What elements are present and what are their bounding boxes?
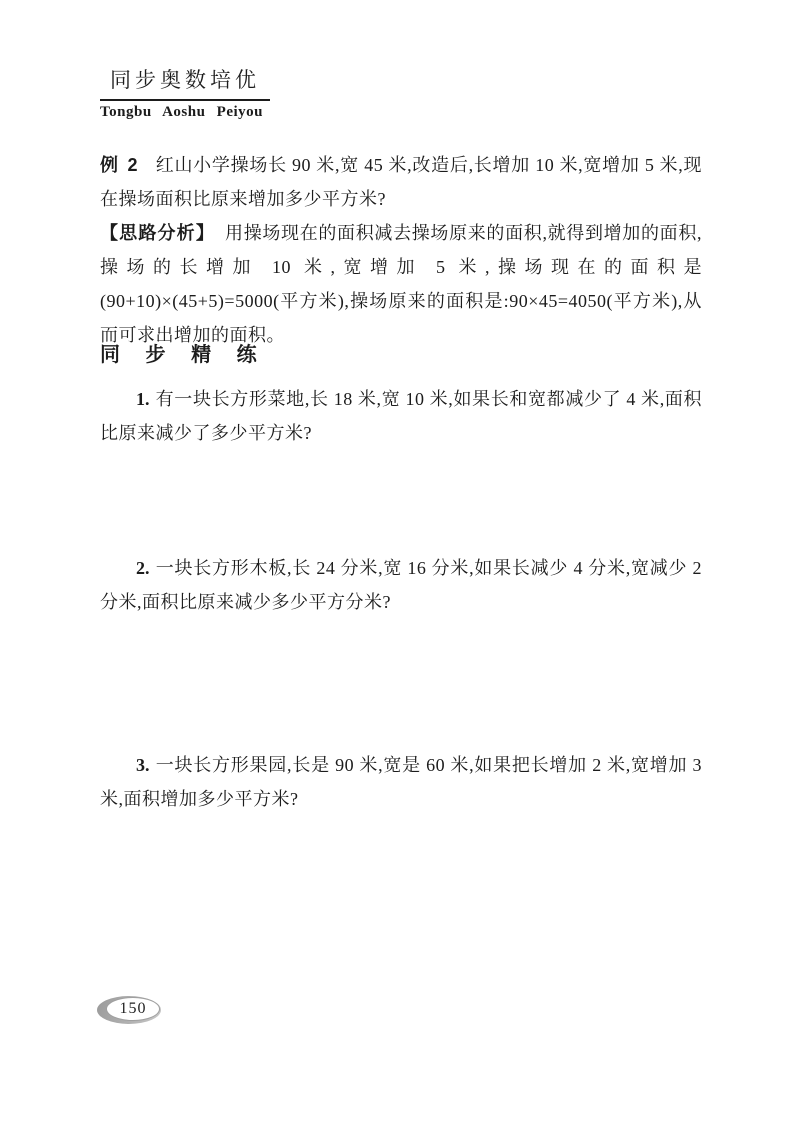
problem-number: 3. [136,755,150,775]
problem-item-3: 3.一块长方形果园,长是 90 米,宽是 60 米,如果把长增加 2 米,宽增加… [100,748,702,816]
problem-text: 有一块长方形菜地,长 18 米,宽 10 米,如果长和宽都减少了 4 米,面积比… [100,389,702,443]
problem-number: 1. [136,389,150,409]
example-paragraph: 例 2红山小学操场长 90 米,宽 45 米,改造后,长增加 10 米,宽增加 … [100,148,702,216]
problem-text: 一块长方形果园,长是 90 米,宽是 60 米,如果把长增加 2 米,宽增加 3… [100,755,702,809]
problem-number: 2. [136,558,150,578]
section-heading-tongbu-jinglian: 同 步 精 练 [100,338,267,367]
book-title: 同步奥数培优 [100,64,270,101]
example-label: 例 2 [100,155,139,175]
workbook-page: 同步奥数培优 Tongbu Aoshu Peiyou 例 2红山小学操场长 90… [0,0,799,1122]
analysis-paragraph: 【思路分析】用操场现在的面积减去操场原来的面积,就得到增加的面积,操场的长增加 … [100,216,702,352]
page-number: 150 [106,997,160,1021]
problem-text: 一块长方形木板,长 24 分米,宽 16 分米,如果长减少 4 分米,宽减少 2… [100,558,702,612]
example-text: 红山小学操场长 90 米,宽 45 米,改造后,长增加 10 米,宽增加 5 米… [100,155,702,209]
problem-item-2: 2.一块长方形木板,长 24 分米,宽 16 分米,如果长减少 4 分米,宽减少… [100,551,702,619]
problem-item-1: 1.有一块长方形菜地,长 18 米,宽 10 米,如果长和宽都减少了 4 米,面… [100,382,702,450]
book-brand: 同步奥数培优 Tongbu Aoshu Peiyou [100,64,270,121]
book-title-pinyin: Tongbu Aoshu Peiyou [100,104,270,121]
analysis-label: 【思路分析】 [100,223,215,243]
page-number-badge: 150 [97,996,161,1024]
